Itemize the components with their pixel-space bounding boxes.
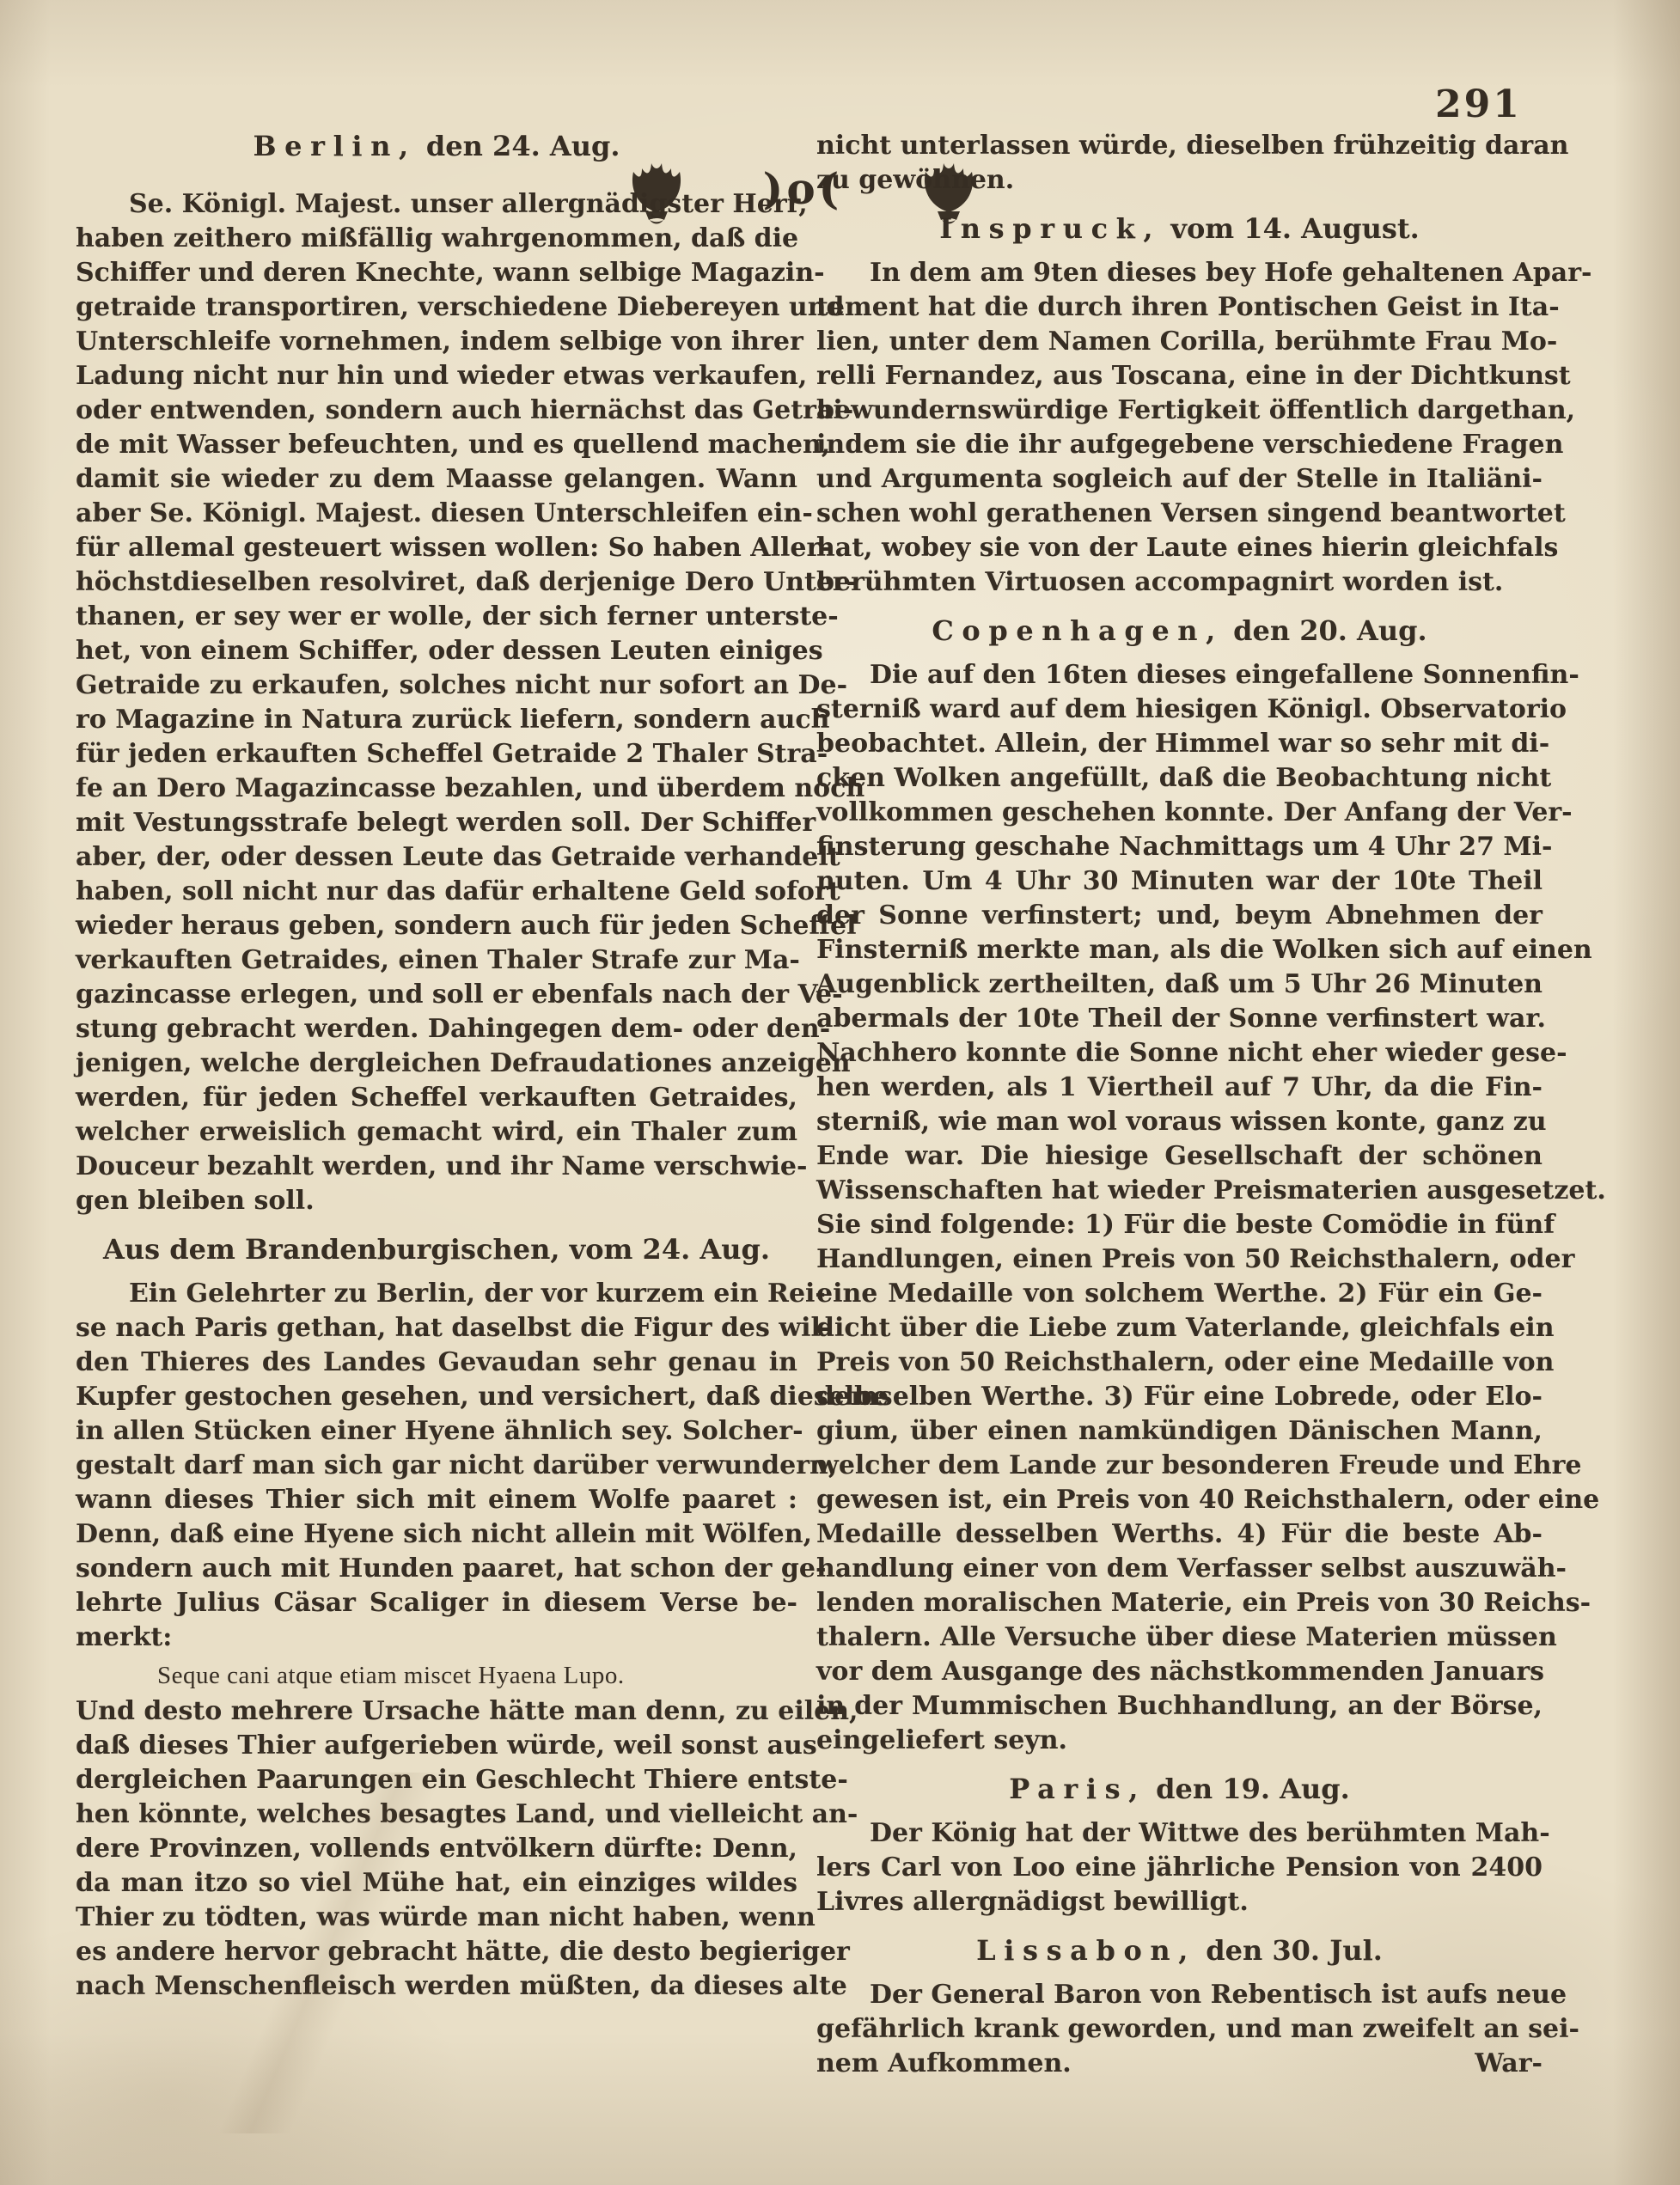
text-line: Schiffer und deren Knechte, wann selbige…	[76, 256, 797, 290]
text-line: daß dieses Thier aufgerieben würde, weil…	[76, 1729, 797, 1763]
text-line: indem sie die ihr aufgegebene verschiede…	[816, 428, 1543, 462]
text-line: Handlungen, einen Preis von 50 Reichstha…	[816, 1242, 1543, 1277]
text-line: hen könnte, welches besagtes Land, und v…	[76, 1797, 797, 1832]
dateline-heading: Copenhagen,den 20. Aug.	[816, 612, 1543, 650]
text-line: het, von einem Schiffer, oder dessen Leu…	[76, 634, 797, 668]
text-line: welcher erweislich gemacht wird, ein Tha…	[76, 1115, 797, 1150]
text-line: nem Aufkommen.	[816, 2047, 1072, 2081]
dateline-date: vom 14. August.	[1170, 212, 1419, 245]
text-line: gestalt darf man sich gar nicht darüber …	[76, 1449, 797, 1483]
text-line: nicht unterlassen würde, dieselben frühz…	[816, 129, 1543, 163]
text-line: Finsterniß merkte man, als die Wolken si…	[816, 933, 1543, 967]
text-line: Preis von 50 Reichsthalern, oder eine Me…	[816, 1346, 1543, 1380]
dateline-city: Copenhagen,	[932, 614, 1224, 647]
text-line: wieder heraus geben, sondern auch für je…	[76, 909, 797, 943]
text-line: gium, über einen namkündigen Dänischen M…	[816, 1414, 1543, 1449]
text-line: Getraide zu erkaufen, solches nicht nur …	[76, 668, 797, 703]
text-line: tement hat die durch ihren Pontischen Ge…	[816, 290, 1543, 325]
text-line: welcher dem Lande zur besonderen Freude …	[816, 1449, 1543, 1483]
text-line: finsterung geschahe Nachmittags um 4 Uhr…	[816, 830, 1543, 864]
text-line: für jeden erkauften Scheffel Getraide 2 …	[76, 737, 797, 772]
text-line: haben, soll nicht nur das dafür erhalten…	[76, 875, 797, 909]
text-line: lenden moralischen Materie, ein Preis vo…	[816, 1586, 1543, 1620]
text-line: den Thieres des Landes Gevaudan sehr gen…	[76, 1346, 797, 1380]
text-line: demselben Werthe. 3) Für eine Lobrede, o…	[816, 1380, 1543, 1414]
text-line: mit Vestungsstrafe belegt werden soll. D…	[76, 806, 797, 840]
text-line: beobachtet. Allein, der Himmel war so se…	[816, 727, 1543, 761]
text-line: nuten. Um 4 Uhr 30 Minuten war der 10te …	[816, 864, 1543, 899]
text-line: thalern. Alle Versuche über diese Materi…	[816, 1620, 1543, 1655]
text-line: Denn, daß eine Hyene sich nicht allein m…	[76, 1517, 797, 1552]
text-line: nem Aufkommen.War-	[816, 2047, 1543, 2081]
text-line: sondern auch mit Hunden paaret, hat scho…	[76, 1552, 797, 1586]
text-line: Se. Königl. Majest. unser allergnädigste…	[76, 187, 797, 222]
text-line: eingeliefert seyn.	[816, 1724, 1543, 1758]
text-line: Der General Baron von Rebentisch ist auf…	[816, 1978, 1543, 2012]
newspaper-page: )o( 291 Berlin,den 24. Aug.Se. Königl. M…	[0, 0, 1680, 2185]
dateline-city: Paris,	[1009, 1773, 1146, 1805]
text-line: merkt:	[76, 1620, 797, 1655]
text-line: in allen Stücken einer Hyene ähnlich sey…	[76, 1414, 797, 1449]
text-line: Nachhero konnte die Sonne nicht eher wie…	[816, 1036, 1543, 1071]
text-line: lers Carl von Loo eine jährliche Pension…	[816, 1851, 1543, 1885]
text-line: werden, für jeden Scheffel verkauften Ge…	[76, 1081, 797, 1115]
text-line: dicht über die Liebe zum Vaterlande, gle…	[816, 1311, 1543, 1346]
text-line: se nach Paris gethan, hat daselbst die F…	[76, 1311, 797, 1346]
text-line: haben zeithero mißfällig wahrgenommen, d…	[76, 222, 797, 256]
text-line: sterniß ward auf dem hiesigen Königl. Ob…	[816, 693, 1543, 727]
text-line: Medaille desselben Werths. 4) Für die be…	[816, 1517, 1543, 1552]
dateline-date: den 30. Jul.	[1206, 1934, 1383, 1967]
text-line: handlung einer von dem Verfasser selbst …	[816, 1552, 1543, 1586]
text-line: aber Se. Königl. Majest. diesen Untersch…	[76, 497, 797, 531]
catchword: War-	[1475, 2047, 1543, 2081]
text-line: Sie sind folgende: 1) Für die beste Comö…	[816, 1208, 1543, 1242]
dateline-city: Lissabon,	[976, 1934, 1196, 1967]
page-number: 291	[1435, 82, 1522, 126]
text-line: nach Menschenfleisch werden müßten, da d…	[76, 1969, 797, 2004]
text-line: jenigen, welche dergleichen Defraudation…	[76, 1047, 797, 1081]
left-column: Berlin,den 24. Aug.Se. Königl. Majest. u…	[76, 127, 797, 2004]
text-line: Ein Gelehrter zu Berlin, der vor kurzem …	[76, 1277, 797, 1311]
text-line: der Sonne verfinstert; und, beym Abnehme…	[816, 899, 1543, 933]
text-line: ro Magazine in Natura zurück liefern, so…	[76, 703, 797, 737]
text-line: Ende war. Die hiesige Gesellschaft der s…	[816, 1139, 1543, 1174]
text-line: wann dieses Thier sich mit einem Wolfe p…	[76, 1483, 797, 1517]
text-line: dergleichen Paarungen ein Geschlecht Thi…	[76, 1763, 797, 1797]
text-line: berühmten Virtuosen accompagnirt worden …	[816, 565, 1543, 600]
dateline-date: den 19. Aug.	[1156, 1773, 1350, 1805]
text-line: sterniß, wie man wol voraus wissen konte…	[816, 1105, 1543, 1139]
dateline-heading: Inspruck,vom 14. August.	[816, 210, 1543, 247]
dateline-date: den 20. Aug.	[1233, 614, 1427, 647]
dateline-city: Berlin,	[254, 130, 417, 162]
text-line: damit sie wieder zu dem Maasse gelangen.…	[76, 462, 797, 497]
text-line: gewesen ist, ein Preis von 40 Reichsthal…	[816, 1483, 1543, 1517]
text-line: dere Provinzen, vollends entvölkern dürf…	[76, 1832, 797, 1866]
text-line: Der König hat der Wittwe des berühmten M…	[816, 1816, 1543, 1851]
text-line: schen wohl gerathenen Versen singend bea…	[816, 497, 1543, 531]
text-line: lien, unter dem Namen Corilla, berühmte …	[816, 325, 1543, 359]
text-line: Und desto mehrere Ursache hätte man denn…	[76, 1694, 797, 1729]
text-line: eine Medaille von solchem Werthe. 2) Für…	[816, 1277, 1543, 1311]
text-line: lehrte Julius Cäsar Scaliger in diesem V…	[76, 1586, 797, 1620]
text-line: vor dem Ausgange des nächstkommenden Jan…	[816, 1655, 1543, 1689]
text-line: stung gebracht werden. Dahingegen dem- o…	[76, 1012, 797, 1047]
text-line: vollkommen geschehen konnte. Der Anfang …	[816, 796, 1543, 830]
dateline-heading: Aus dem Brandenburgischen, vom 24. Aug.	[76, 1230, 797, 1268]
text-line: bewundernswürdige Fertigkeit öffentlich …	[816, 394, 1543, 428]
text-line: es andere hervor gebracht hätte, die des…	[76, 1935, 797, 1969]
text-line: Livres allergnädigst bewilligt.	[816, 1885, 1543, 1920]
text-line: cken Wolken angefüllt, daß die Beobachtu…	[816, 761, 1543, 796]
latin-verse: Seque cani atque etiam miscet Hyaena Lup…	[76, 1658, 797, 1693]
text-line: und Argumenta sogleich auf der Stelle in…	[816, 462, 1543, 497]
text-line: Wissenschaften hat wieder Preismaterien …	[816, 1174, 1543, 1208]
text-line: Thier zu tödten, was würde man nicht hab…	[76, 1901, 797, 1935]
text-line: zu gewöhnen.	[816, 163, 1543, 198]
text-line: Kupfer gestochen gesehen, und versichert…	[76, 1380, 797, 1414]
text-line: fe an Dero Magazincasse bezahlen, und üb…	[76, 772, 797, 806]
dateline-date: den 24. Aug.	[426, 130, 620, 162]
text-line: aber, der, oder dessen Leute das Getraid…	[76, 840, 797, 875]
text-line: für allemal gesteuert wissen wollen: So …	[76, 531, 797, 565]
text-line: thanen, er sey wer er wolle, der sich fe…	[76, 600, 797, 634]
text-line: da man itzo so viel Mühe hat, ein einzig…	[76, 1866, 797, 1901]
text-line: Douceur bezahlt werden, und ihr Name ver…	[76, 1150, 797, 1184]
text-line: hat, wobey sie von der Laute eines hieri…	[816, 531, 1543, 565]
text-line: verkauften Getraides, einen Thaler Straf…	[76, 943, 797, 978]
text-line: de mit Wasser befeuchten, und es quellen…	[76, 428, 797, 462]
text-line: gen bleiben soll.	[76, 1184, 797, 1218]
dateline-date: Aus dem Brandenburgischen, vom 24. Aug.	[103, 1233, 770, 1266]
text-line: oder entwenden, sondern auch hiernächst …	[76, 394, 797, 428]
text-line: getraide transportiren, verschiedene Die…	[76, 290, 797, 325]
text-line: höchstdieselben resolviret, daß derjenig…	[76, 565, 797, 600]
text-line: Ladung nicht nur hin und wieder etwas ve…	[76, 359, 797, 394]
text-line: Die auf den 16ten dieses eingefallene So…	[816, 658, 1543, 693]
text-line: Augenblick zertheilten, daß um 5 Uhr 26 …	[816, 967, 1543, 1002]
dateline-heading: Lissabon,den 30. Jul.	[816, 1932, 1543, 1969]
text-line: relli Fernandez, aus Toscana, eine in de…	[816, 359, 1543, 394]
right-column: nicht unterlassen würde, dieselben frühz…	[816, 129, 1543, 2081]
dateline-heading: Paris,den 19. Aug.	[816, 1770, 1543, 1808]
text-line: gazincasse erlegen, und soll er ebenfals…	[76, 978, 797, 1012]
text-line: abermals der 10te Theil der Sonne verfin…	[816, 1002, 1543, 1036]
dateline-city: Inspruck,	[939, 212, 1161, 245]
text-line: In dem am 9ten dieses bey Hofe gehaltene…	[816, 256, 1543, 290]
text-line: Unterschleife vornehmen, indem selbige v…	[76, 325, 797, 359]
text-line: in der Mummischen Buchhandlung, an der B…	[816, 1689, 1543, 1724]
dateline-heading: Berlin,den 24. Aug.	[76, 127, 797, 165]
text-line: gefährlich krank geworden, und man zweif…	[816, 2012, 1543, 2047]
text-line: hen werden, als 1 Viertheil auf 7 Uhr, d…	[816, 1071, 1543, 1105]
